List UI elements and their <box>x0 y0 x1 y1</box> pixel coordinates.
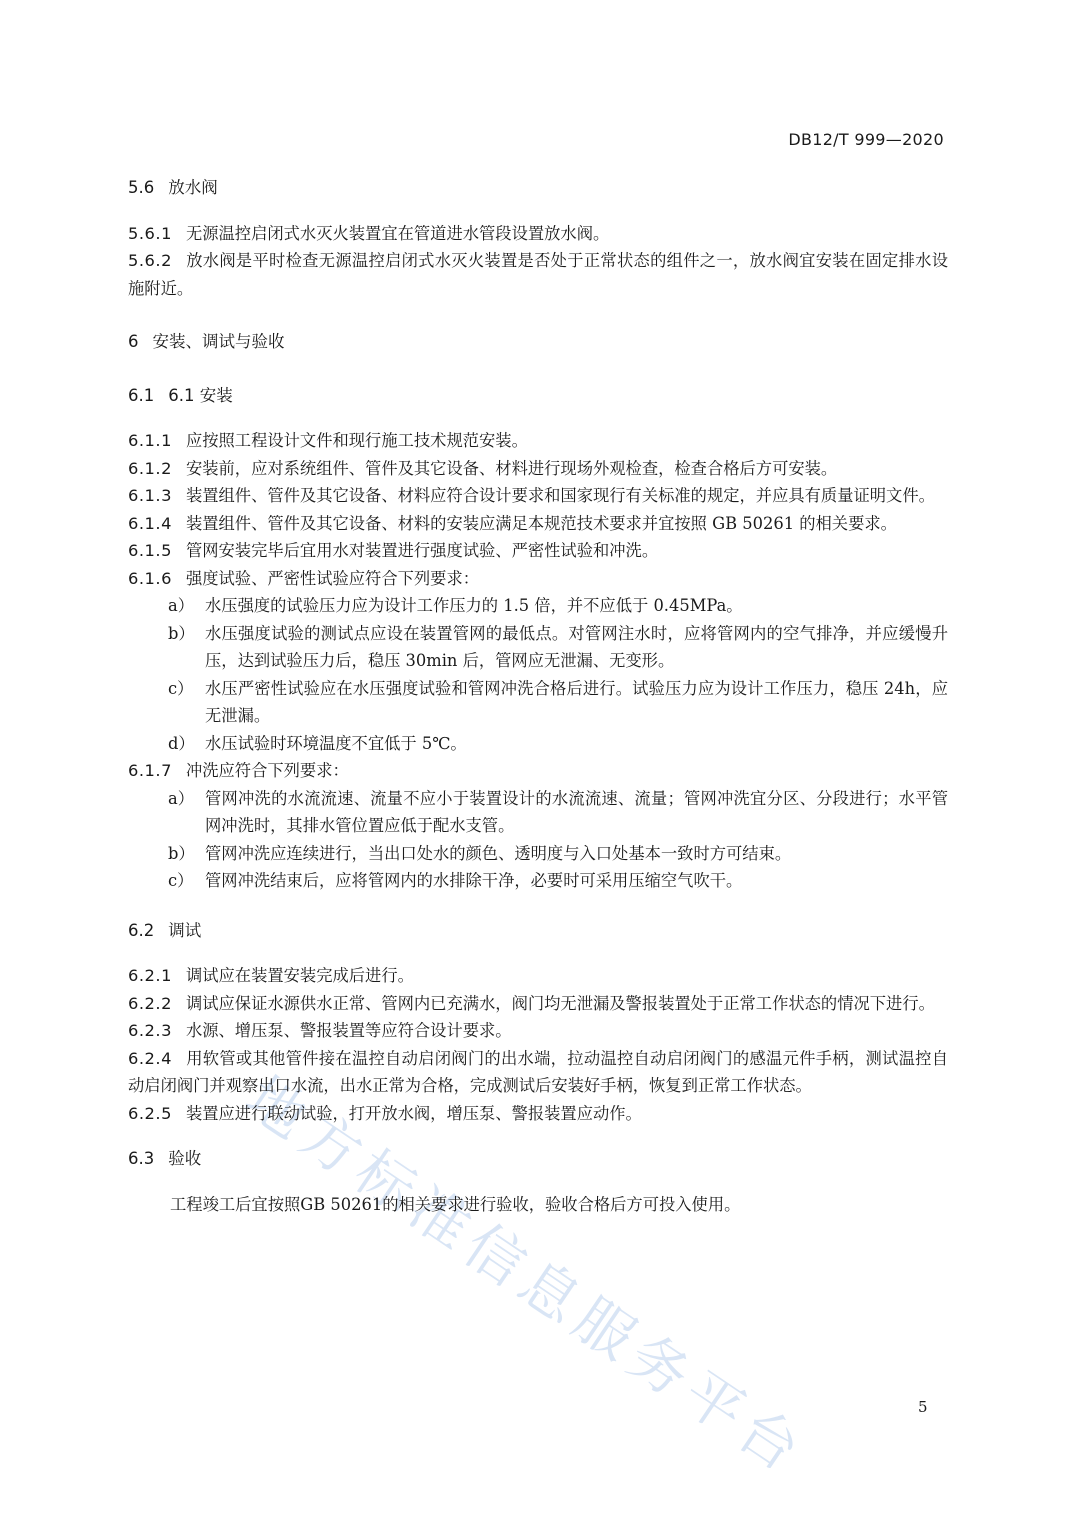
clause-number: 5.6.1 <box>128 224 172 243</box>
section-title: 6.1 安装 <box>168 386 233 405</box>
list-item: b）管网冲洗应连续进行，当出口处水的颜色、透明度与入口处基本一致时方可结束。 <box>128 840 948 868</box>
list-item-text: 管网冲洗结束后，应将管网内的水排除干净，必要时可采用压缩空气吹干。 <box>205 871 742 890</box>
list-marker: c） <box>168 867 193 895</box>
chapter-number: 6 <box>128 328 139 356</box>
clause-6-1-3: 6.1.3装置组件、管件及其它设备、材料应符合设计要求和国家现行有关标准的规定，… <box>128 482 948 510</box>
clause-number: 6.1.5 <box>128 541 172 560</box>
clause-6-1-6: 6.1.6强度试验、严密性试验应符合下列要求： <box>128 565 948 593</box>
clause-number: 6.1.1 <box>128 431 172 450</box>
clause-5-6-2: 5.6.2放水阀是平时检查无源温控启闭式水灭火装置是否处于正常状态的组件之一，放… <box>128 247 948 302</box>
clause-text: 无源温控启闭式水灭火装置宜在管道进水管段设置放水阀。 <box>186 224 609 243</box>
section-number: 6.1 <box>128 382 154 410</box>
section-number: 6.3 <box>128 1145 154 1173</box>
clause-text: 调试应保证水源供水正常、管网内已充满水，阀门均无泄漏及警报装置处于正常工作状态的… <box>186 994 935 1013</box>
clause-number: 6.1.6 <box>128 569 172 588</box>
clause-number: 6.2.3 <box>128 1021 172 1040</box>
clause-text: 强度试验、严密性试验应符合下列要求： <box>186 569 479 588</box>
clause-text: 安装前，应对系统组件、管件及其它设备、材料进行现场外观检查，检查合格后方可安装。 <box>186 459 837 478</box>
clause-text: 水源、增压泵、警报装置等应符合设计要求。 <box>186 1021 512 1040</box>
clause-6-2-4: 6.2.4用软管或其他管件接在温控自动启闭阀门的出水端，拉动温控自动启闭阀门的感… <box>128 1045 948 1100</box>
clause-text: 冲洗应符合下列要求： <box>186 761 349 780</box>
list-marker: a） <box>168 592 194 620</box>
section-heading-6-3: 6.3验收 <box>128 1145 948 1173</box>
document-body: 5.6放水阀 5.6.1无源温控启闭式水灭火装置宜在管道进水管段设置放水阀。 5… <box>128 174 948 1218</box>
list-item: d）水压试验时环境温度不宜低于 5℃。 <box>128 730 948 758</box>
clause-6-1-7: 6.1.7冲洗应符合下列要求： <box>128 757 948 785</box>
clause-6-2-1: 6.2.1调试应在装置安装完成后进行。 <box>128 962 948 990</box>
clause-6-2-3: 6.2.3水源、增压泵、警报装置等应符合设计要求。 <box>128 1017 948 1045</box>
section-heading-5-6: 5.6放水阀 <box>128 174 948 202</box>
chapter-title: 安装、调试与验收 <box>153 332 285 351</box>
list-marker: c） <box>168 675 193 703</box>
list-marker: b） <box>168 840 195 868</box>
list-item-text: 水压试验时环境温度不宜低于 5℃。 <box>205 734 467 753</box>
clause-6-1-2: 6.1.2安装前，应对系统组件、管件及其它设备、材料进行现场外观检查，检查合格后… <box>128 455 948 483</box>
list-item: c）管网冲洗结束后，应将管网内的水排除干净，必要时可采用压缩空气吹干。 <box>128 867 948 895</box>
clause-text: 应按照工程设计文件和现行施工技术规范安装。 <box>186 431 528 450</box>
clause-number: 6.1.4 <box>128 514 172 533</box>
document-code: DB12/T 999—2020 <box>788 130 944 149</box>
clause-6-1-5: 6.1.5管网安装完毕后宜用水对装置进行强度试验、严密性试验和冲洗。 <box>128 537 948 565</box>
list-item-text: 水压强度的试验压力应为设计工作压力的 1.5 倍，并不应低于 0.45MPa。 <box>205 596 743 615</box>
clause-text: 装置应进行联动试验，打开放水阀，增压泵、警报装置应动作。 <box>186 1104 642 1123</box>
section-heading-6-1: 6.16.1 安装 <box>128 382 948 410</box>
acceptance-paragraph: 工程竣工后宜按照GB 50261的相关要求进行验收，验收合格后方可投入使用。 <box>128 1191 948 1219</box>
list-item-text: 水压强度试验的测试点应设在装置管网的最低点。对管网注水时，应将管网内的空气排净，… <box>205 624 948 671</box>
list-marker: b） <box>168 620 195 648</box>
clause-text: 放水阀是平时检查无源温控启闭式水灭火装置是否处于正常状态的组件之一，放水阀宜安装… <box>128 251 948 298</box>
list-marker: a） <box>168 785 194 813</box>
section-title: 调试 <box>168 921 201 940</box>
clause-text: 用软管或其他管件接在温控自动启闭阀门的出水端，拉动温控自动启闭阀门的感温元件手柄… <box>128 1049 948 1096</box>
list-item: b）水压强度试验的测试点应设在装置管网的最低点。对管网注水时，应将管网内的空气排… <box>128 620 948 675</box>
clause-number: 6.1.3 <box>128 486 172 505</box>
clause-number: 6.2.4 <box>128 1049 172 1068</box>
clause-6-1-4: 6.1.4装置组件、管件及其它设备、材料的安装应满足本规范技术要求并宜按照 GB… <box>128 510 948 538</box>
clause-text: 装置组件、管件及其它设备、材料应符合设计要求和国家现行有关标准的规定，并应具有质… <box>186 486 935 505</box>
page-number: 5 <box>918 1398 928 1416</box>
clause-number: 6.2.1 <box>128 966 172 985</box>
clause-5-6-1: 5.6.1无源温控启闭式水灭火装置宜在管道进水管段设置放水阀。 <box>128 220 948 248</box>
list-item: a）管网冲洗的水流流速、流量不应小于装置设计的水流流速、流量；管网冲洗宜分区、分… <box>128 785 948 840</box>
clause-6-1-1: 6.1.1应按照工程设计文件和现行施工技术规范安装。 <box>128 427 948 455</box>
section-title: 放水阀 <box>168 178 218 197</box>
clause-number: 5.6.2 <box>128 251 172 270</box>
list-item: a）水压强度的试验压力应为设计工作压力的 1.5 倍，并不应低于 0.45MPa… <box>128 592 948 620</box>
clause-number: 6.2.2 <box>128 994 172 1013</box>
list-item-text: 管网冲洗应连续进行，当出口处水的颜色、透明度与入口处基本一致时方可结束。 <box>205 844 791 863</box>
list-item-text: 管网冲洗的水流流速、流量不应小于装置设计的水流流速、流量；管网冲洗宜分区、分段进… <box>205 789 948 836</box>
clause-number: 6.2.5 <box>128 1104 172 1123</box>
clause-text: 调试应在装置安装完成后进行。 <box>186 966 414 985</box>
clause-number: 6.1.2 <box>128 459 172 478</box>
list-item: c）水压严密性试验应在水压强度试验和管网冲洗合格后进行。试验压力应为设计工作压力… <box>128 675 948 730</box>
section-number: 6.2 <box>128 917 154 945</box>
list-marker: d） <box>168 730 195 758</box>
section-heading-6-2: 6.2调试 <box>128 917 948 945</box>
clause-6-2-5: 6.2.5装置应进行联动试验，打开放水阀，增压泵、警报装置应动作。 <box>128 1100 948 1128</box>
clause-6-2-2: 6.2.2调试应保证水源供水正常、管网内已充满水，阀门均无泄漏及警报装置处于正常… <box>128 990 948 1018</box>
list-item-text: 水压严密性试验应在水压强度试验和管网冲洗合格后进行。试验压力应为设计工作压力，稳… <box>205 679 948 726</box>
section-title: 验收 <box>168 1149 201 1168</box>
section-number: 5.6 <box>128 174 154 202</box>
clause-text: 管网安装完毕后宜用水对装置进行强度试验、严密性试验和冲洗。 <box>186 541 658 560</box>
clause-number: 6.1.7 <box>128 761 172 780</box>
chapter-heading-6: 6安装、调试与验收 <box>128 328 948 356</box>
clause-text: 装置组件、管件及其它设备、材料的安装应满足本规范技术要求并宜按照 GB 5026… <box>186 514 897 533</box>
